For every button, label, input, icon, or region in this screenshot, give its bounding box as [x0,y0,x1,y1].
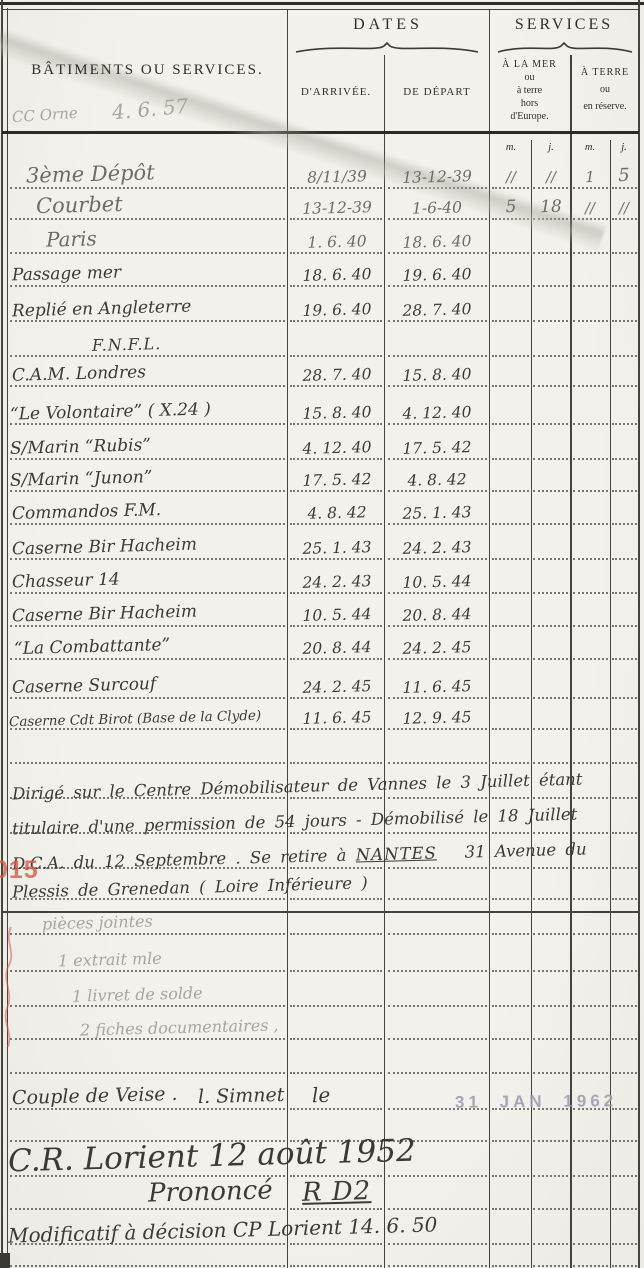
dotted-rule [492,558,529,560]
signature: l. Simnet [198,1084,285,1108]
dotted-rule [10,592,285,594]
dotted-rule [290,355,382,357]
dotted-rule [492,762,529,764]
note-text-part: 31 Avenue du [464,839,586,861]
dotted-rule [612,592,637,594]
cell-batiment: F.N.F.L. [92,334,162,355]
dotted-rule [612,523,637,525]
dotted-rule [492,1243,529,1245]
dotted-rule [612,1243,637,1245]
dotted-rule [533,285,568,287]
dotted-rule [612,187,637,189]
mer-line3: à terre [489,84,570,97]
cell-batiment: Caserne Cdt Birot (Base de la Clyde) [9,708,261,731]
dotted-rule [533,385,568,387]
dotted-rule [492,523,529,525]
dotted-rule [388,658,487,660]
dotted-rule [612,1175,637,1177]
cell-arrivee: 24. 2. 43 [289,572,385,593]
mer-line1: À LA MER [489,58,570,71]
mer-line2: ou [489,71,570,84]
dotted-rule [612,1265,637,1267]
cell-arrivee: 15. 8. 40 [289,403,385,424]
dotted-rule [573,458,608,460]
dotted-rule [10,355,285,357]
cell-terre-jours: // [610,199,638,218]
dotted-rule [388,625,487,627]
dotted-rule [290,252,382,254]
terre-line1: À TERRE [572,64,638,81]
cell-mer-jours: // [532,168,570,187]
cell-batiment: Passage mer [12,263,122,286]
dotted-rule [388,320,487,322]
cell-terre-mois: // [571,199,609,218]
dotted-rule [290,490,382,492]
dotted-rule [573,1208,608,1210]
dotted-rule [573,490,608,492]
subcol-terre-jours: j. [610,142,638,153]
dotted-rule [612,1208,637,1210]
dotted-rule [573,320,608,322]
dotted-rule [388,1005,487,1007]
dotted-rule [612,285,637,287]
dotted-rule [290,1208,382,1210]
dotted-rule [10,970,285,972]
dotted-rule [290,187,382,189]
dotted-rule [492,625,529,627]
cell-depart: 1-6-40 [387,198,487,219]
dotted-rule [388,1265,487,1267]
dotted-rule [388,1175,487,1177]
pencil-note-text: 1 extrait mle [58,949,162,971]
cell-batiment: Caserne Surcouf [12,674,157,698]
dotted-rule [612,1005,637,1007]
dotted-rule [388,558,487,560]
dotted-rule [290,285,382,287]
cell-batiment: Caserne Bir Hacheim [12,602,197,627]
dotted-rule [573,728,608,730]
subcol-terre-mois: m. [571,142,609,153]
pencil-note-text: 1 livret de solde [72,983,203,1005]
cell-arrivee: 17. 5. 42 [289,470,385,491]
closing-text: Couple de Veise . [12,1083,178,1109]
dotted-rule [290,458,382,460]
dotted-rule [533,970,568,972]
dotted-rule [612,320,637,322]
dotted-rule [492,1005,529,1007]
dotted-rule [10,218,285,220]
dotted-rule [388,252,487,254]
dotted-rule [10,490,285,492]
dotted-rule [10,523,285,525]
cell-arrivee: 8/11/39 [289,167,385,188]
dotted-rule [573,933,608,935]
dotted-rule [388,898,487,900]
pencil-note-text: pièces jointes [42,912,153,934]
dotted-rule [612,1072,637,1074]
dotted-rule [573,558,608,560]
dotted-rule [573,592,608,594]
dotted-rule [573,1265,608,1267]
dotted-rule [573,355,608,357]
cell-arrivee: 25. 1. 43 [289,538,385,559]
red-margin-squiggle [1,925,23,1050]
dotted-rule [612,558,637,560]
dotted-rule [290,1072,382,1074]
dotted-rule [612,658,637,660]
column-header-depart: DE DÉPART [387,86,487,98]
dotted-rule [492,697,529,699]
dotted-rule [492,797,529,799]
terre-line3: en réserve. [572,98,638,115]
dotted-rule [290,218,382,220]
dotted-rule [290,385,382,387]
pencil-topnote-label: CC Orne [11,104,78,127]
cell-arrivee: 1. 6. 40 [289,232,385,253]
dotted-rule [290,625,382,627]
dotted-rule [533,558,568,560]
note-text-part [437,843,465,863]
cell-arrivee: 18. 6. 40 [289,265,385,286]
mer-line4: hors [489,97,570,110]
dotted-rule [573,1140,608,1142]
dotted-rule [612,867,637,869]
dotted-rule [533,898,568,900]
cell-arrivee: 20. 8. 44 [289,638,385,659]
dotted-rule [492,1265,529,1267]
dotted-rule [573,1175,608,1177]
dotted-rule [612,355,637,357]
dotted-rule [533,797,568,799]
dotted-rule [533,1140,568,1142]
dotted-rule [573,252,608,254]
cell-terre-mois: 1 [571,168,609,187]
dotted-rule [573,1243,608,1245]
dotted-rule [10,252,285,254]
dotted-rule [388,933,487,935]
dotted-rule [388,697,487,699]
dotted-rule [533,1175,568,1177]
dotted-rule [290,423,382,425]
dotted-rule [388,385,487,387]
dotted-rule [10,933,285,935]
cell-batiment: 3ème Dépôt [26,160,155,187]
dotted-rule [533,697,568,699]
dotted-rule [533,1038,568,1040]
cell-arrivee: 4. 8. 42 [289,503,385,524]
dotted-rule [290,320,382,322]
dotted-rule [533,1005,568,1007]
dotted-rule [10,187,285,189]
dotted-rule [290,898,382,900]
dotted-rule [573,898,608,900]
cell-arrivee: 24. 2. 45 [289,677,385,698]
dotted-rule [492,320,529,322]
scanned-service-record-page: BÂTIMENTS OU SERVICES. DATES SERVICES D'… [0,0,644,1268]
dotted-rule [492,1208,529,1210]
dotted-rule [388,490,487,492]
dotted-rule [612,762,637,764]
column-group-services: SERVICES [489,16,639,34]
dotted-rule [533,252,568,254]
cell-arrivee: 11. 6. 45 [289,708,385,729]
dotted-rule [573,697,608,699]
dotted-rule [290,762,382,764]
dotted-rule [290,970,382,972]
cell-depart: 15. 8. 40 [387,365,487,386]
dotted-rule [612,697,637,699]
dotted-rule [290,697,382,699]
cell-depart: 4. 8. 42 [387,470,487,491]
dotted-rule [573,1038,608,1040]
dotted-rule [612,490,637,492]
cell-arrivee: 28. 7. 40 [289,365,385,386]
cell-depart: 19. 6. 40 [387,265,487,286]
cell-depart: 12. 9. 45 [387,708,487,729]
dotted-rule [10,697,285,699]
dotted-rule [290,1108,382,1110]
red-margin-number: 015 [0,856,39,885]
dotted-rule [10,762,285,764]
dotted-rule [492,1140,529,1142]
dotted-rule [10,658,285,660]
dotted-rule [492,867,529,869]
dotted-rule [10,285,285,287]
dotted-rule [10,385,285,387]
dotted-rule [533,1265,568,1267]
dotted-rule [290,832,382,834]
cell-mer-jours: 18 [532,197,571,218]
dotted-rule [533,1208,568,1210]
dotted-rule [492,1175,529,1177]
dotted-rule [10,1108,285,1110]
cell-depart: 28. 7. 40 [387,300,487,321]
cell-batiment: S/Marin “Junon” [10,467,153,491]
dotted-rule [533,867,568,869]
dotted-rule [533,933,568,935]
pencil-note-text: 2 fiches documentaires , [80,1015,279,1039]
cell-mer-mois: // [491,167,531,186]
cell-depart: 25. 1. 43 [387,503,487,524]
dotted-rule [533,458,568,460]
cell-batiment: Paris [46,226,97,251]
dotted-rule [492,355,529,357]
dotted-rule [492,490,529,492]
dotted-rule [388,523,487,525]
dotted-rule [533,592,568,594]
dotted-rule [612,898,637,900]
dotted-rule [612,797,637,799]
dotted-rule [612,832,637,834]
dotted-rule [573,385,608,387]
dotted-rule [492,832,529,834]
dotted-rule [492,728,529,730]
column-header-batiments: BÂTIMENTS OU SERVICES. [8,62,287,79]
dotted-rule [612,625,637,627]
dotted-rule [10,1038,285,1040]
dotted-rule [612,933,637,935]
dotted-rule [533,1072,568,1074]
terre-line2: ou [572,81,638,98]
dotted-rule [290,523,382,525]
dotted-rule [573,523,608,525]
dotted-rule [612,1140,637,1142]
dotted-rule [573,285,608,287]
dotted-rule [533,832,568,834]
cell-batiment: Caserne Bir Hacheim [12,535,197,560]
dotted-rule [612,458,637,460]
cell-depart: 20. 8. 44 [387,605,487,626]
cell-arrivee: 19. 6. 40 [289,300,385,321]
dotted-rule [573,1005,608,1007]
date-stamp: 31 JAN 1962 [455,1091,617,1112]
column-header-terre: À TERRE ou en réserve. [572,64,638,115]
dotted-rule [492,1038,529,1040]
dotted-rule [290,1265,382,1267]
cell-mer-mois: 5 [491,196,532,217]
dotted-rule [492,1072,529,1074]
cell-arrivee: 10. 5. 44 [289,605,385,626]
dotted-rule [290,1005,382,1007]
dates-brace [294,42,480,56]
column-group-dates: DATES [287,16,489,34]
cell-terre-jours: 5 [610,165,639,187]
dotted-rule [492,592,529,594]
note-city: NANTES [355,843,437,864]
dotted-rule [388,832,487,834]
cell-depart: 13-12-39 [387,167,487,188]
dotted-rule [492,970,529,972]
column-header-mer: À LA MER ou à terre hors d'Europe. [489,58,570,123]
dotted-rule [612,970,637,972]
dotted-rule [492,285,529,287]
right-border [638,0,640,1268]
dotted-rule [492,658,529,660]
cell-depart: 24. 2. 45 [387,638,487,659]
dotted-rule [612,728,637,730]
dotted-rule [388,970,487,972]
dotted-rule [533,762,568,764]
dotted-rule [290,728,382,730]
top-inner-rule [2,9,639,10]
dotted-rule [388,355,487,357]
dotted-rule [573,797,608,799]
dotted-rule [388,728,487,730]
dotted-rule [492,252,529,254]
dotted-rule [388,592,487,594]
dotted-rule [388,797,487,799]
top-border [0,2,644,5]
dotted-rule [10,1005,285,1007]
dotted-rule [10,458,285,460]
cell-batiment: “La Combattante” [14,635,171,659]
dotted-rule [388,1038,487,1040]
note-text-part: D.C.A. du 12 Septembre . Se retire à [12,846,356,874]
dotted-rule [533,658,568,660]
dotted-rule [290,933,382,935]
dotted-rule [573,423,608,425]
cell-depart: 18. 6. 40 [387,232,487,253]
mer-line5: d'Europe. [489,110,570,123]
cell-batiment: C.A.M. Londres [12,362,146,386]
dotted-rule [388,762,487,764]
dotted-rule [388,218,487,220]
pencil-topnote-date: 4. 6. 57 [111,94,189,125]
dotted-rule [533,490,568,492]
dotted-rule [573,1072,608,1074]
dotted-rule [533,625,568,627]
dotted-rule [573,187,608,189]
dotted-rule [573,867,608,869]
dotted-rule [388,423,487,425]
dotted-rule [573,832,608,834]
dotted-rule [533,523,568,525]
cell-depart: 17. 5. 42 [387,438,487,459]
cell-depart: 24. 2. 43 [387,538,487,559]
col-line-name-dates [287,10,288,1268]
dotted-rule [533,728,568,730]
dotted-rule [612,1038,637,1040]
cell-depart: 11. 6. 45 [387,677,487,698]
cell-depart: 4. 12. 40 [387,403,487,424]
dotted-rule [290,658,382,660]
left-inner-rule [7,8,8,1268]
dotted-rule [388,1072,487,1074]
subcol-mer-jours: j. [532,142,570,153]
dotted-rule [290,558,382,560]
dotted-rule [388,867,487,869]
bottom-left-corner-mark [0,1253,10,1268]
cell-batiment: “Le Volontaire” ( X.24 ) [10,399,211,424]
cell-depart: 10. 5. 44 [387,572,487,593]
cell-batiment: Commandos F.M. [12,500,162,524]
dotted-rule [533,187,568,189]
dotted-rule [612,218,637,220]
dotted-rule [612,423,637,425]
dotted-rule [492,385,529,387]
dotted-rule [533,423,568,425]
dotted-rule [290,592,382,594]
column-header-arrivee: D'ARRIVÉE. [289,86,383,98]
dotted-rule [533,320,568,322]
cell-batiment: Chasseur 14 [12,570,120,593]
cell-batiment: S/Marin “Rubis” [10,435,151,459]
dotted-rule [492,423,529,425]
dotted-rule [533,355,568,357]
dotted-rule [290,797,382,799]
services-brace [496,42,634,56]
dotted-rule [573,625,608,627]
dotted-rule [492,898,529,900]
dotted-rule [612,385,637,387]
dotted-rule [388,1208,487,1210]
dotted-rule [573,658,608,660]
dotted-rule [388,285,487,287]
cell-arrivee: 4. 12. 40 [289,438,385,459]
dotted-rule [290,867,382,869]
dotted-rule [492,933,529,935]
dotted-rule [612,252,637,254]
dotted-rule [388,458,487,460]
left-border [1,0,3,1268]
dotted-rule [388,1243,487,1245]
dotted-rule [573,970,608,972]
dotted-rule [533,1243,568,1245]
dotted-rule [290,1243,382,1245]
cell-batiment: Replié en Angleterre [12,297,192,322]
dotted-rule [573,762,608,764]
cell-batiment: Courbet [36,192,123,218]
